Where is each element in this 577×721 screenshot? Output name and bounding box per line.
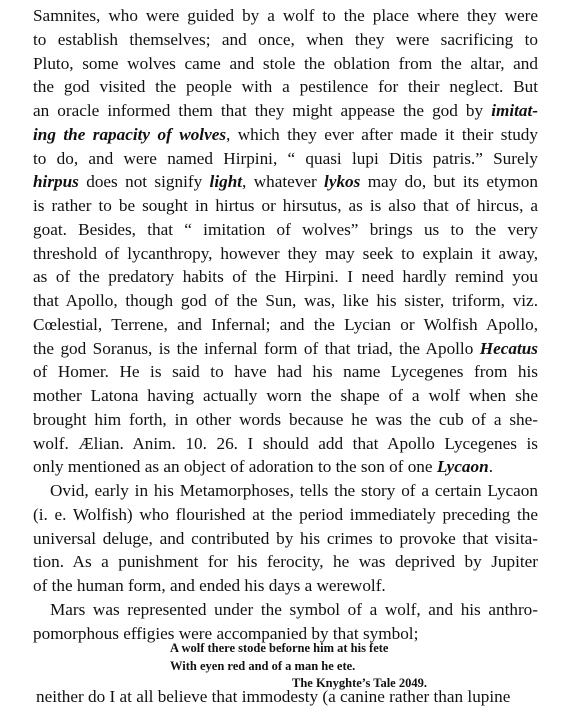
text-line: of Homer. He is said to have had his nam… [33,360,538,384]
text-line: ing the rapacity of wolves, which they e… [33,123,538,147]
paragraph-continuation: neither do I at all believe that immodes… [36,685,541,709]
text-span: does not signify [79,172,210,191]
text-line: only mentioned as an object of adoration… [33,455,538,479]
text-line: Mars was represented under the symbol of… [33,598,538,622]
text-span: may do, but its etymon [360,172,538,191]
text-line: neither do I at all believe that immodes… [36,685,541,709]
text-span: an oracle informed them that they might … [33,101,491,120]
text-line: Ovid, early in his Metamorphoses, tells … [33,479,538,503]
text-line: threshold of lycanthropy, however they m… [33,242,538,266]
text-line: hirpus does not signify light, whatever … [33,170,538,194]
paragraph-3: Mars was represented under the symbol of… [33,598,538,646]
italic-text: hirpus [33,172,79,191]
text-line: tion. As a punishment for his ferocity, … [33,550,538,574]
text-line: the god Soranus, is the infernal form of… [33,337,538,361]
text-line: (i. e. Wolfish) who flourished at the pe… [33,503,538,527]
italic-text: light [210,172,242,191]
text-line: to establish themselves; and once, when … [33,28,538,52]
text-span: , which they ever after made it their st… [226,125,538,144]
italic-text: ing the rapacity of wolves [33,125,226,144]
text-span: . [489,457,493,476]
verse-line: A wolf there stode beforne him at his fe… [170,640,490,658]
italic-text: Hecatus [480,339,538,358]
text-line: of the human form, and ended his days a … [33,574,538,598]
text-span: , whatever [242,172,324,191]
text-line: brought him forth, in other words becaus… [33,408,538,432]
text-span: the god Soranus, is the infernal form of… [33,339,480,358]
paragraph-1: Samnites, who were guided by a wolf to t… [33,4,538,479]
italic-text: Lycaon [437,457,489,476]
paragraph-2: Ovid, early in his Metamorphoses, tells … [33,479,538,598]
text-line: as of the predatory habits of the Hirpin… [33,265,538,289]
text-line: Pluto, some wolves came and stole the ob… [33,52,538,76]
text-line: goat. Besides, that “ imitation of wolve… [33,218,538,242]
text-line: Cœlestial, Terrene, and Infernal; and th… [33,313,538,337]
text-line: an oracle informed them that they might … [33,99,538,123]
text-line: the god visited the people with a pestil… [33,75,538,99]
italic-text: imitat- [491,101,538,120]
text-line: Samnites, who were guided by a wolf to t… [33,4,538,28]
verse-line: With eyen red and of a man he ete. [170,658,490,676]
text-span: only mentioned as an object of adoration… [33,457,437,476]
document-page: Samnites, who were guided by a wolf to t… [33,4,538,645]
italic-text: lykos [324,172,360,191]
text-line: mother Latona having actually worn the s… [33,384,538,408]
text-line: is rather to be sought in hirtus or hirs… [33,194,538,218]
text-line: that Apollo, though god of the Sun, was,… [33,289,538,313]
text-line: universal deluge, and contributed by his… [33,527,538,551]
text-line: to do, and were named Hirpini, “ quasi l… [33,147,538,171]
text-line: wolf. Ælian. Anim. 10. 26. I should add … [33,432,538,456]
